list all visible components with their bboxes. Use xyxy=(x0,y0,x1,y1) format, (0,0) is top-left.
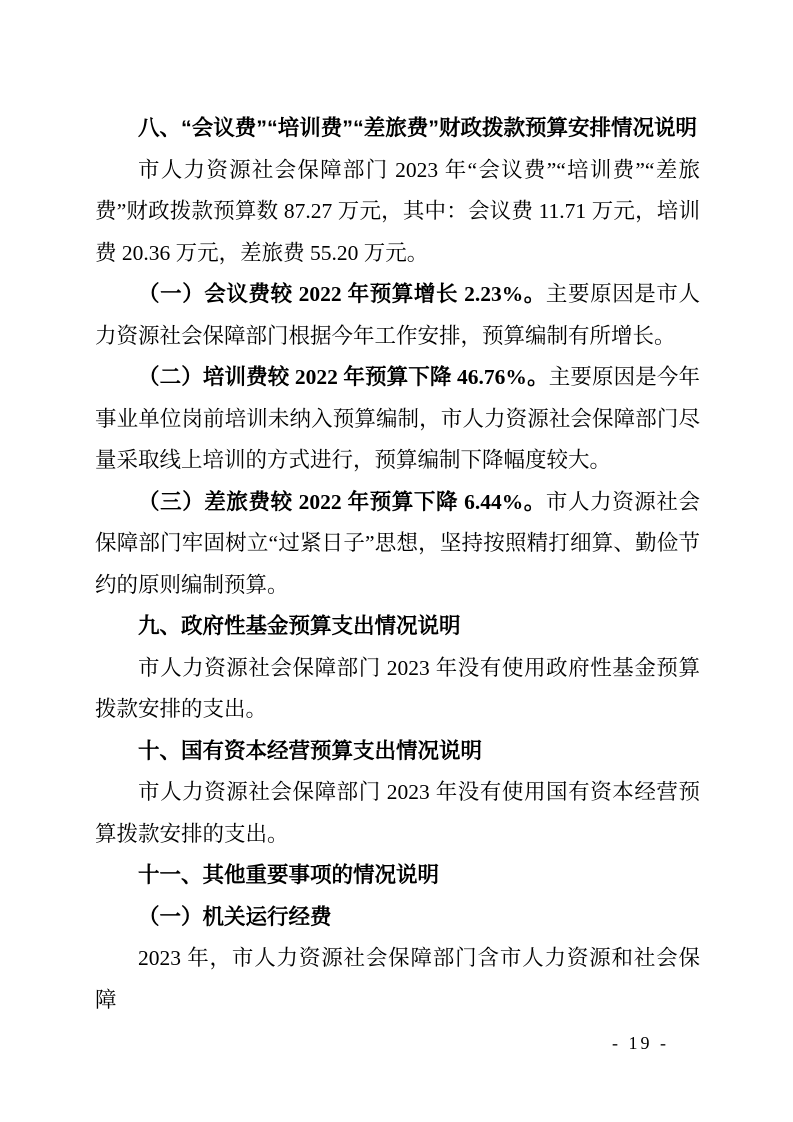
heading-section-10: 十、国有资本经营预算支出情况说明 xyxy=(95,731,700,773)
para-item-1: （一）会议费较 2022 年预算增长 2.23%。主要原因是市人力资源社会保障部… xyxy=(95,274,700,357)
heading-section-11: 十一、其他重要事项的情况说明 xyxy=(95,855,700,897)
para-section-8-intro: 市人力资源社会保障部门 2023 年“会议费”“培训费”“差旅费”财政拨款预算数… xyxy=(95,150,700,275)
para-section-11-1: 2023 年，市人力资源社会保障部门含市人力资源和社会保障 xyxy=(95,938,700,1021)
document-page: 八、“会议费”“培训费”“差旅费”财政拨款预算安排情况说明 市人力资源社会保障部… xyxy=(0,0,793,1122)
heading-section-9: 九、政府性基金预算支出情况说明 xyxy=(95,606,700,648)
para-item-2: （二）培训费较 2022 年预算下降 46.76%。主要原因是今年事业单位岗前培… xyxy=(95,357,700,482)
para-item-3-lead: （三）差旅费较 2022 年预算下降 6.44%。 xyxy=(138,490,546,514)
para-item-3: （三）差旅费较 2022 年预算下降 6.44%。市人力资源社会保障部门牢固树立… xyxy=(95,482,700,607)
para-item-1-lead: （一）会议费较 2022 年预算增长 2.23%。 xyxy=(138,282,546,306)
para-item-2-lead: （二）培训费较 2022 年预算下降 46.76%。 xyxy=(138,365,549,389)
subheading-section-11-1: （一）机关运行经费 xyxy=(95,897,700,939)
para-section-9: 市人力资源社会保障部门 2023 年没有使用政府性基金预算拨款安排的支出。 xyxy=(95,648,700,731)
heading-section-8: 八、“会议费”“培训费”“差旅费”财政拨款预算安排情况说明 xyxy=(95,108,700,150)
para-section-10: 市人力资源社会保障部门 2023 年没有使用国有资本经营预算拨款安排的支出。 xyxy=(95,772,700,855)
page-number: - 19 - xyxy=(612,1031,669,1055)
document-text-block: 八、“会议费”“培训费”“差旅费”财政拨款预算安排情况说明 市人力资源社会保障部… xyxy=(95,108,700,1021)
